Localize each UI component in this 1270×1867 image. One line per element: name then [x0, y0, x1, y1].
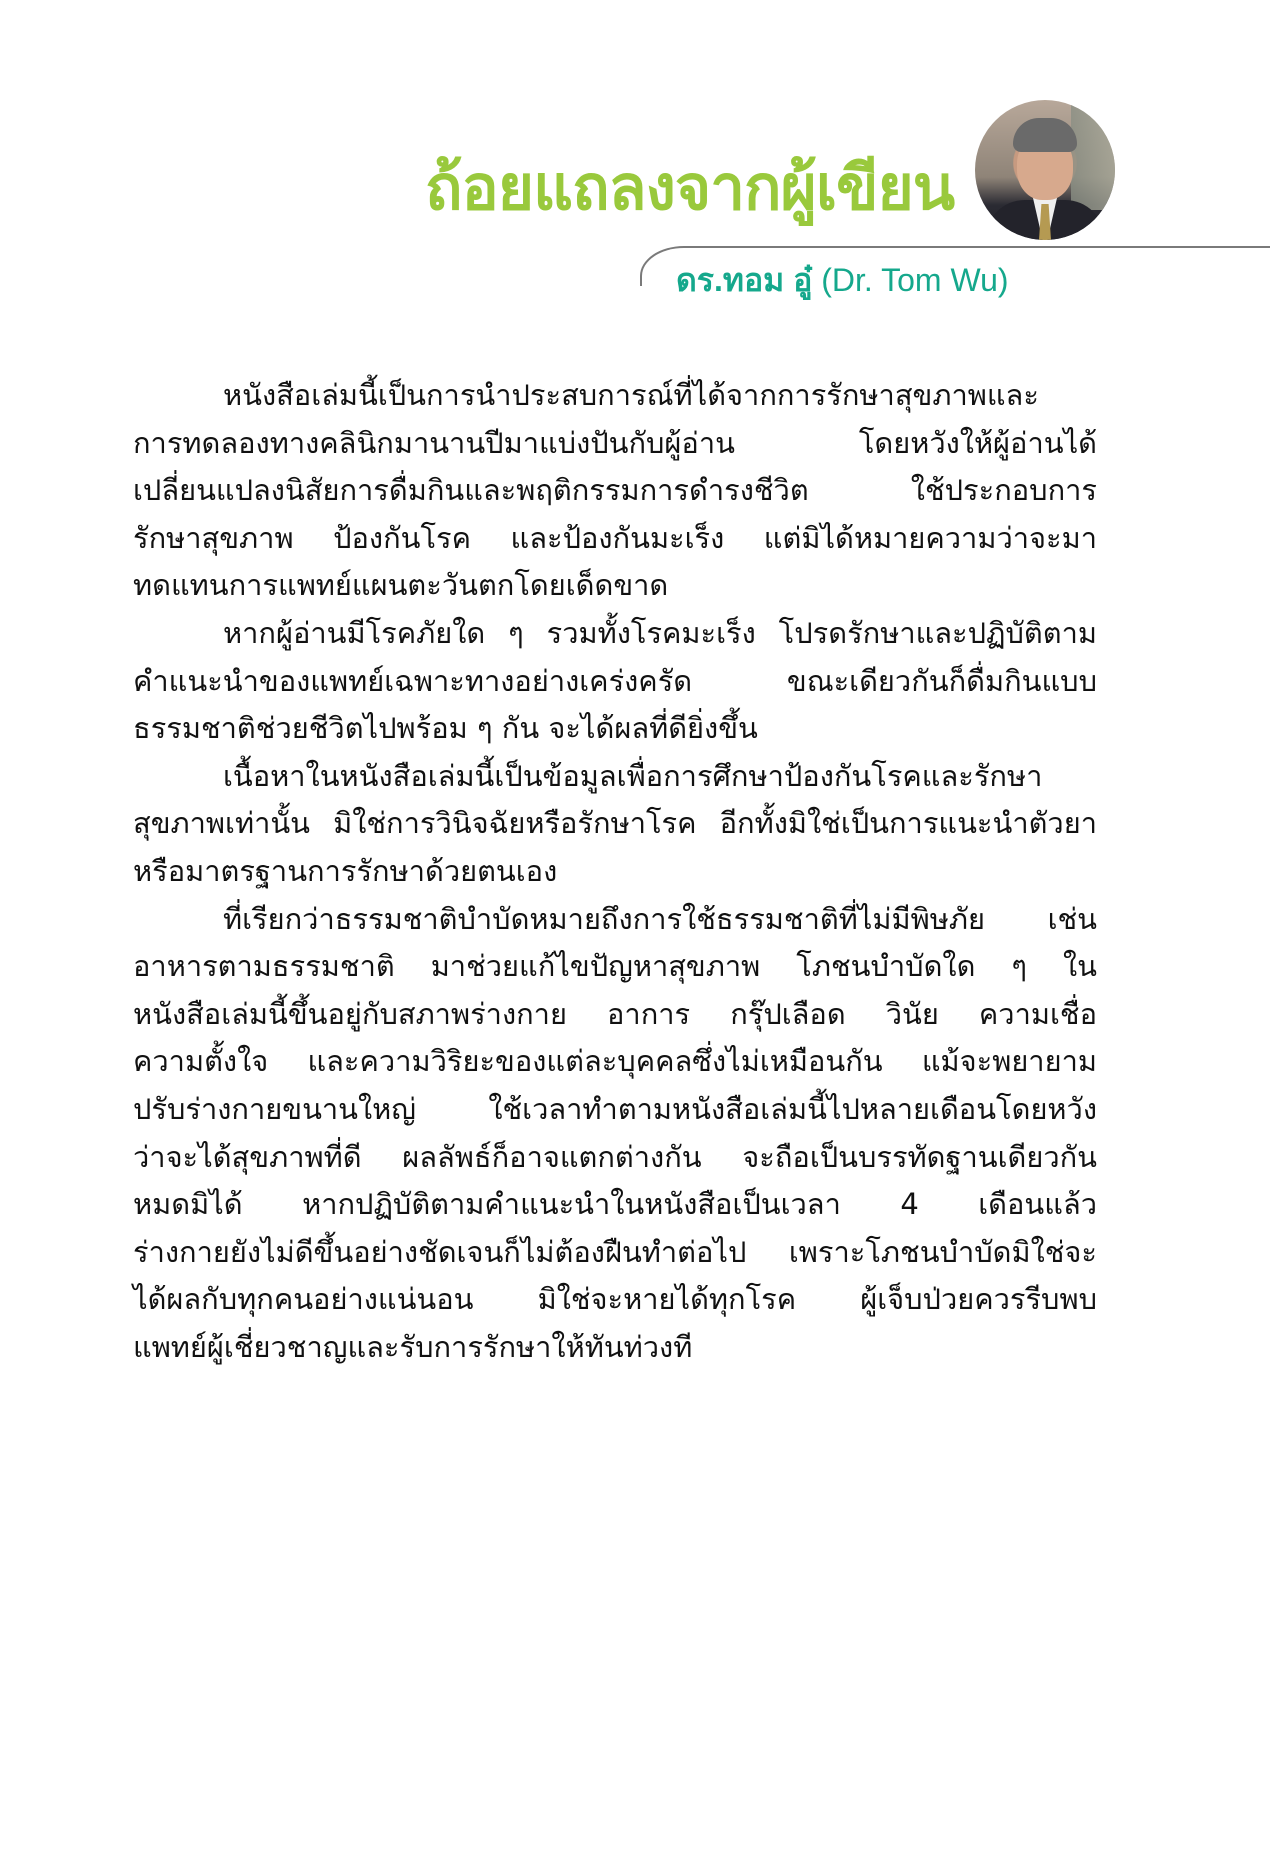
book-page: ถ้อยแถลงจากผู้เขียน ดร.ทอม อู๋ (Dr. Tom … — [0, 0, 1270, 1867]
text-line: แพทย์ผู้เชี่ยวชาญและรับการรักษาให้ทันท่ว… — [133, 1324, 1097, 1372]
text-line: ร่างกายยังไม่ดีขึ้นอย่างชัดเจนก็ไม่ต้องฝ… — [133, 1229, 1097, 1277]
body-text: หนังสือเล่มนี้เป็นการนำประสบการณ์ที่ได้จ… — [133, 372, 1097, 1371]
text-line: หมดมิได้ หากปฏิบัติตามคำแนะนำในหนังสือเป… — [133, 1181, 1097, 1229]
text-line: ว่าจะได้สุขภาพที่ดี ผลลัพธ์ก็อาจแตกต่างก… — [133, 1134, 1097, 1182]
text-line: อาหารตามธรรมชาติ มาช่วยแก้ไขปัญหาสุขภาพ … — [133, 943, 1097, 991]
author-name-english: (Dr. Tom Wu) — [821, 262, 1008, 298]
text-line: หนังสือเล่มนี้ขึ้นอยู่กับสภาพร่างกาย อาก… — [133, 991, 1097, 1039]
author-byline: ดร.ทอม อู๋ (Dr. Tom Wu) — [676, 258, 1009, 302]
text-line: สุขภาพเท่านั้น มิใช่การวินิจฉัยหรือรักษา… — [133, 800, 1097, 848]
text-line: ทดแทนการแพทย์แผนตะวันตกโดยเด็ดขาด — [133, 562, 1097, 610]
text-line: หนังสือเล่มนี้เป็นการนำประสบการณ์ที่ได้จ… — [133, 372, 1097, 420]
photo-hair — [1013, 118, 1077, 152]
page-title: ถ้อยแถลงจากผู้เขียน — [425, 148, 954, 228]
photo-background — [1071, 100, 1115, 210]
text-line: เปลี่ยนแปลงนิสัยการดื่มกินและพฤติกรรมการ… — [133, 467, 1097, 515]
text-line: ที่เรียกว่าธรรมชาติบำบัดหมายถึงการใช้ธรร… — [133, 896, 1097, 944]
text-line: รักษาสุขภาพ ป้องกันโรค และป้องกันมะเร็ง … — [133, 515, 1097, 563]
author-name-thai: ดร.ทอม อู๋ — [676, 262, 812, 298]
text-line: เนื้อหาในหนังสือเล่มนี้เป็นข้อมูลเพื่อกา… — [133, 753, 1097, 801]
text-line: ปรับร่างกายขนานใหญ่ ใช้เวลาทำตามหนังสือเ… — [133, 1086, 1097, 1134]
author-photo — [975, 100, 1115, 240]
text-line: ธรรมชาติช่วยชีวิตไปพร้อม ๆ กัน จะได้ผลที… — [133, 705, 1097, 753]
text-line: การทดลองทางคลินิกมานานปีมาแบ่งปันกับผู้อ… — [133, 420, 1097, 468]
text-line: หรือมาตรฐานการรักษาด้วยตนเอง — [133, 848, 1097, 896]
text-line: ได้ผลกับทุกคนอย่างแน่นอน มิใช่จะหายได้ทุ… — [133, 1276, 1097, 1324]
text-line: คำแนะนำของแพทย์เฉพาะทางอย่างเคร่งครัด ขณ… — [133, 658, 1097, 706]
text-line: ความตั้งใจ และความวิริยะของแต่ละบุคคลซึ่… — [133, 1038, 1097, 1086]
text-line: หากผู้อ่านมีโรคภัยใด ๆ รวมทั้งโรคมะเร็ง … — [133, 610, 1097, 658]
